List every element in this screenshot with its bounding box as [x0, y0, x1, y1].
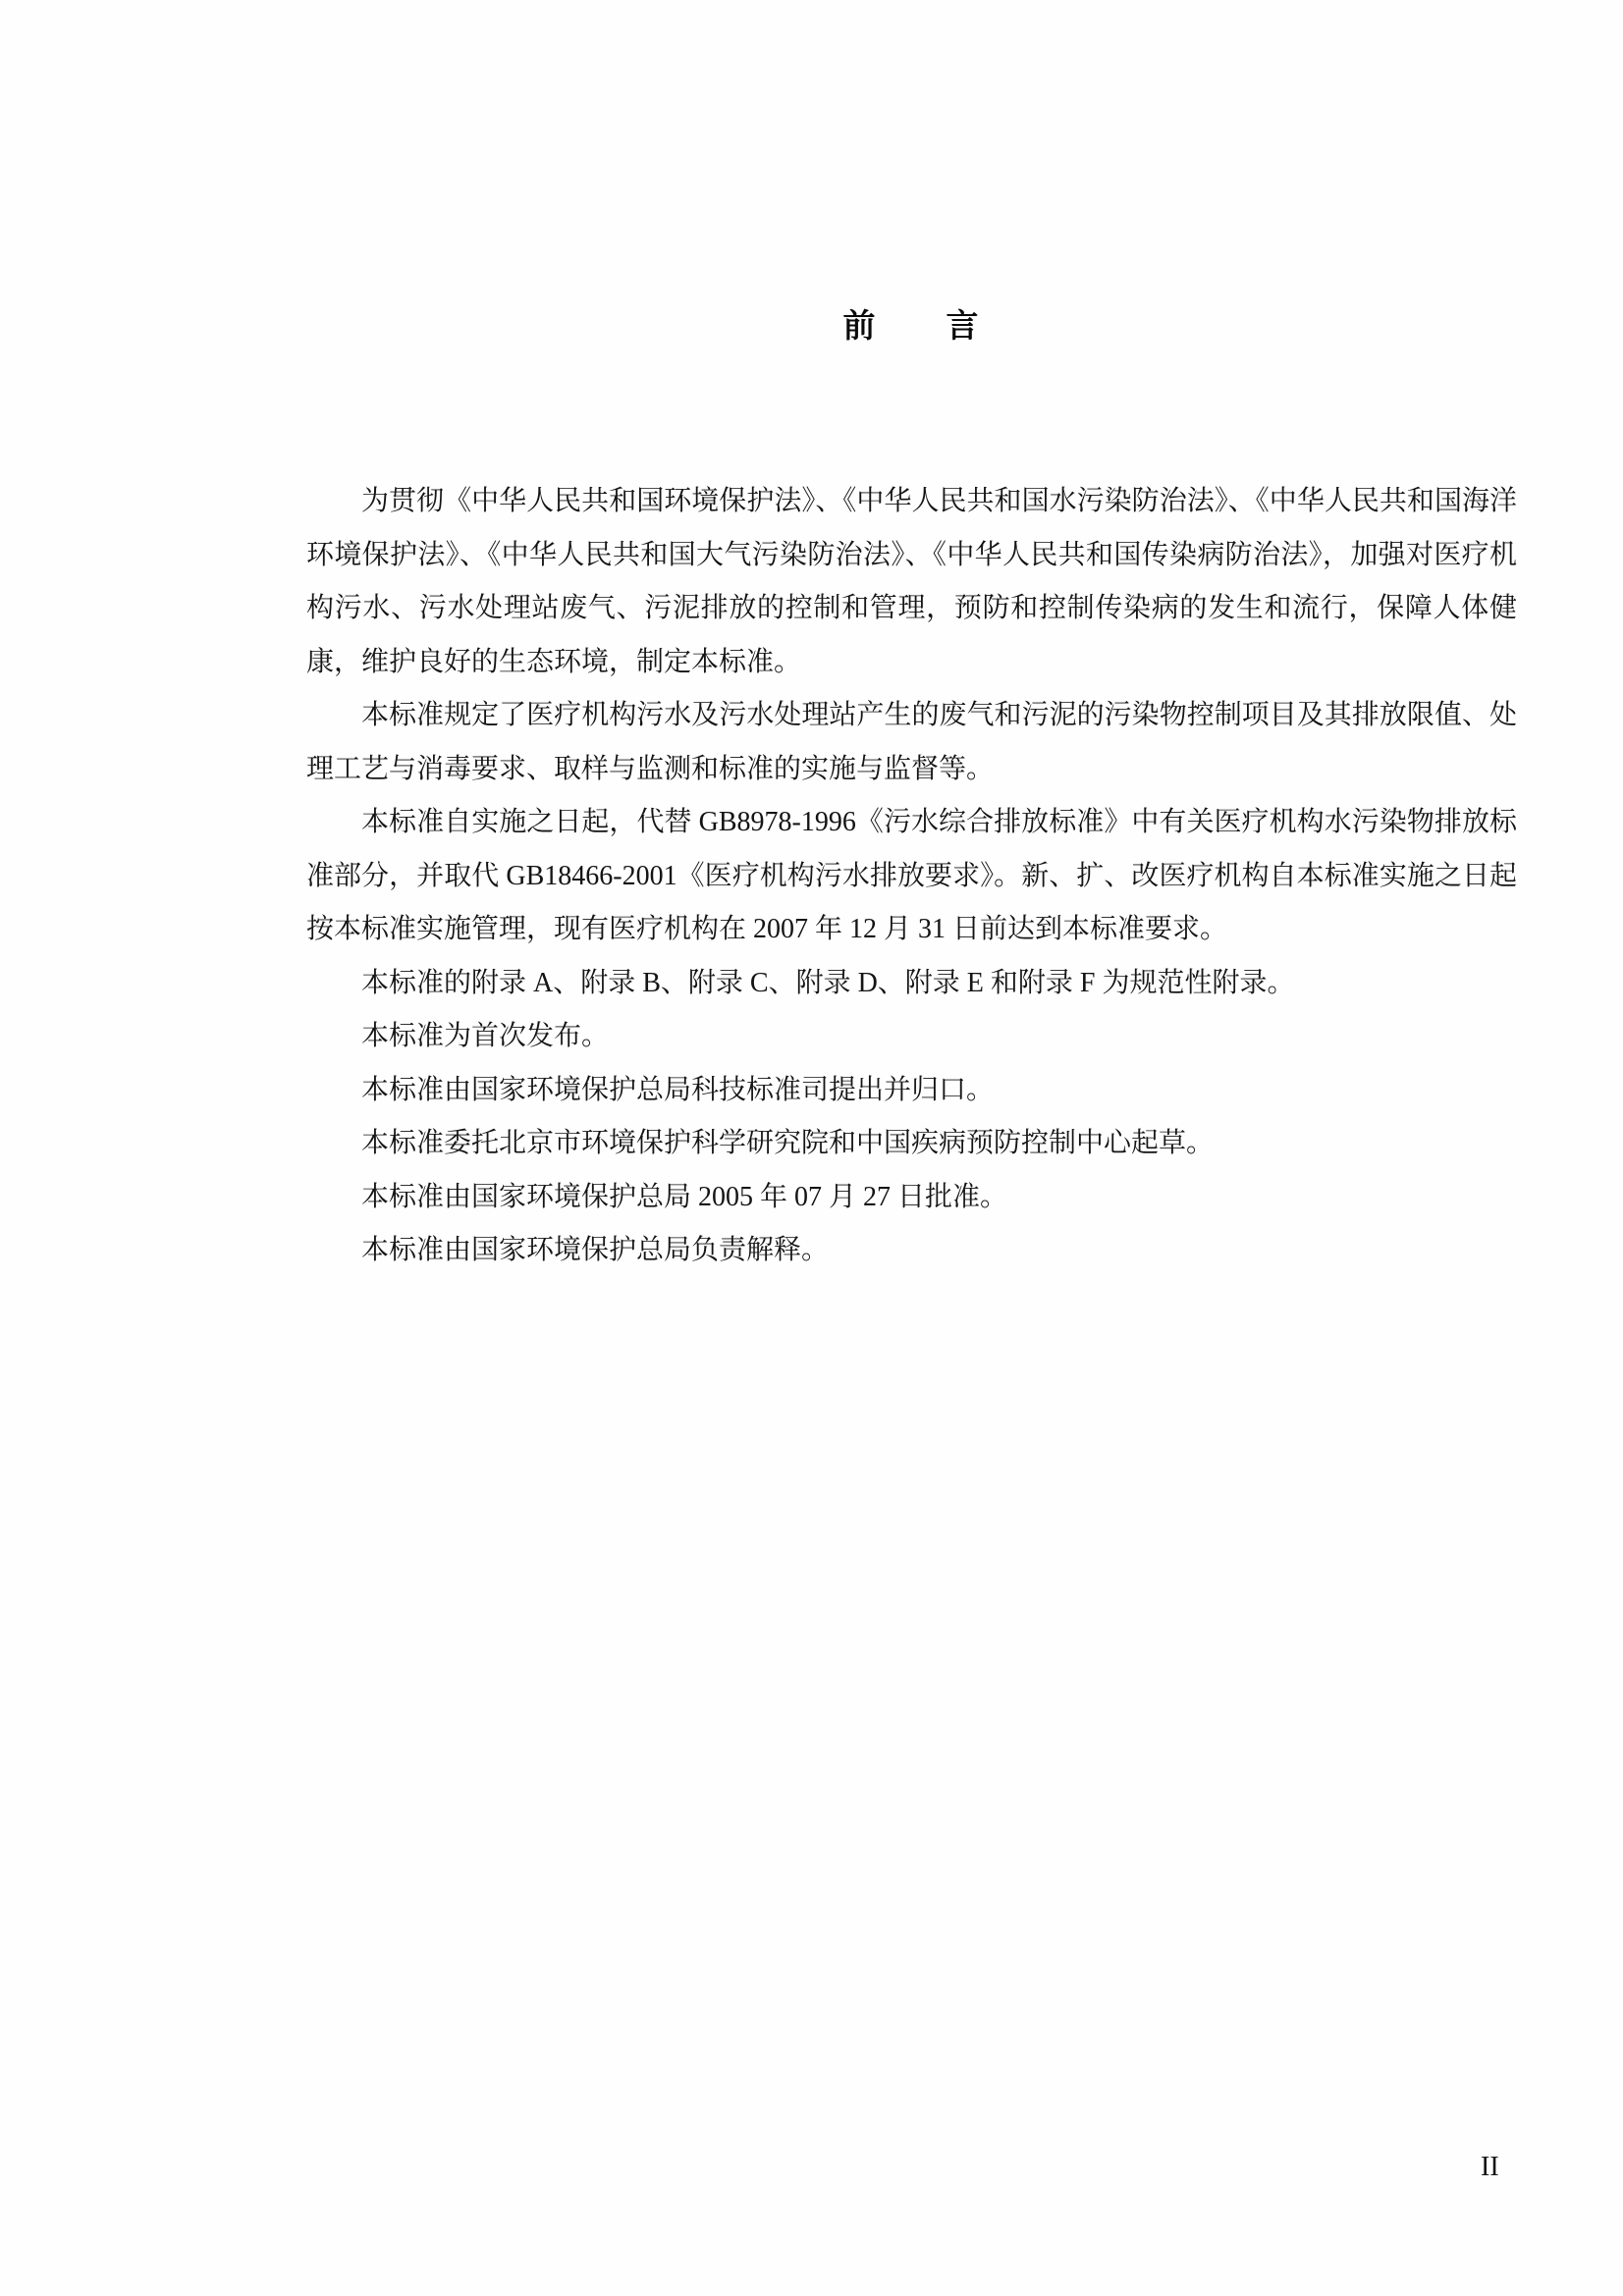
foreword-title: 前 言 [306, 300, 1517, 347]
paragraph: 本标准规定了医疗机构污水及污水处理站产生的废气和污泥的污染物控制项目及其排放限值… [306, 689, 1517, 796]
paragraph: 本标准由国家环境保护总局负责解释。 [306, 1224, 1517, 1278]
document-body: 为贯彻《中华人民共和国环境保护法》、《中华人民共和国水污染防治法》、《中华人民共… [306, 475, 1517, 1278]
paragraph: 本标准自实施之日起，代替 GB8978-1996《污水综合排放标准》中有关医疗机… [306, 796, 1517, 957]
document-page: 前 言 为贯彻《中华人民共和国环境保护法》、《中华人民共和国水污染防治法》、《中… [0, 0, 1623, 2296]
paragraph: 本标准委托北京市环境保护科学研究院和中国疾病预防控制中心起草。 [306, 1117, 1517, 1171]
paragraph: 本标准为首次发布。 [306, 1010, 1517, 1064]
paragraph: 本标准的附录 A、附录 B、附录 C、附录 D、附录 E 和附录 F 为规范性附… [306, 957, 1517, 1011]
paragraph: 为贯彻《中华人民共和国环境保护法》、《中华人民共和国水污染防治法》、《中华人民共… [306, 475, 1517, 689]
paragraph: 本标准由国家环境保护总局 2005 年 07 月 27 日批准。 [306, 1171, 1517, 1225]
paragraph: 本标准由国家环境保护总局科技标准司提出并归口。 [306, 1064, 1517, 1118]
page-number: II [1481, 2152, 1499, 2183]
